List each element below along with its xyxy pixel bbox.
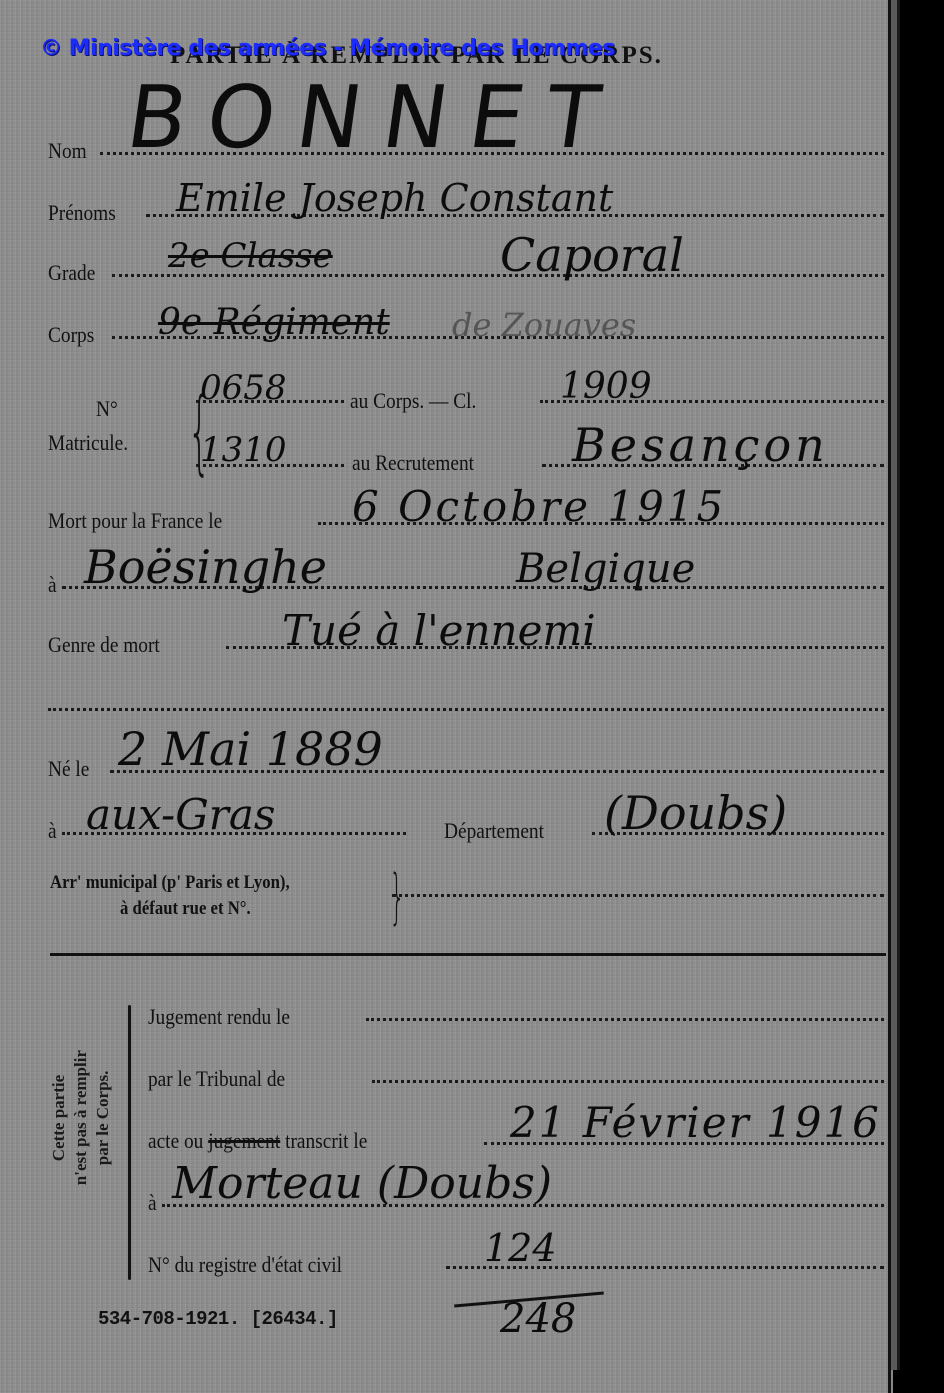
lieu-transcrit-value: Morteau (Doubs) — [172, 1158, 552, 1209]
side-note: Cette partie n'est pas à remplir par le … — [48, 1050, 114, 1185]
corps-value: de Zouaves — [452, 306, 636, 344]
mort-label: Mort pour la France le — [48, 508, 222, 534]
lieu-mort-place: Boësinghe — [84, 540, 327, 594]
lieu-transcrit-label: à — [148, 1190, 157, 1216]
recrutement-label: au Recrutement — [352, 450, 474, 476]
grade-struck-value: 2e Classe — [168, 236, 333, 276]
au-corps-value: 0658 — [200, 368, 287, 408]
side-note-line3: par le Corps. — [93, 1070, 112, 1165]
genre-mort-label: Genre de mort — [48, 632, 160, 658]
corps-label: Corps — [48, 322, 94, 348]
genre-mort-value: Tué à l'ennemi — [282, 606, 596, 655]
transcrit-value: 21 Février 1916 — [510, 1098, 881, 1147]
jugement-rendu-line — [366, 1018, 884, 1021]
side-note-line2: n'est pas à remplir — [71, 1050, 90, 1185]
grade-label: Grade — [48, 260, 95, 286]
transcrit-label-struck: jugement — [208, 1128, 280, 1153]
print-reference: 534-708-1921. [26434.] — [98, 1308, 338, 1330]
arrondissement-label-line2: à défaut rue et N°. — [120, 898, 251, 920]
transcrit-label-suffix: transcrit le — [285, 1128, 367, 1153]
death-record-card: © Ministère des armées - Mémoire des Hom… — [0, 0, 893, 1393]
jugement-rendu-label: Jugement rendu le — [148, 1004, 290, 1030]
arrondissement-brace: } — [389, 862, 404, 932]
copyright-watermark: © Ministère des armées - Mémoire des Hom… — [40, 36, 615, 61]
tribunal-label: par le Tribunal de — [148, 1066, 285, 1092]
recrutement-value: 1310 — [200, 430, 287, 470]
lieu-naissance-label: à — [48, 818, 57, 844]
departement-value: (Doubs) — [604, 786, 787, 840]
nom-value: BONNET — [121, 68, 628, 168]
prenoms-value: Emile Joseph Constant — [176, 176, 613, 220]
blank-line — [48, 708, 884, 711]
transcrit-label-prefix: acte ou — [148, 1128, 203, 1153]
section-divider — [50, 953, 886, 956]
recrutement-place: Besançon — [572, 418, 829, 472]
lieu-naissance-value: aux-Gras — [86, 790, 275, 839]
corps-struck-value: 9e Régiment — [158, 302, 390, 343]
registre-value: 124 — [484, 1226, 557, 1270]
footer-annotation: 248 — [500, 1296, 576, 1342]
classe-value: 1909 — [560, 366, 652, 407]
nom-label: Nom — [48, 138, 87, 164]
au-corps-label: au Corps. — Cl. — [350, 388, 476, 414]
mort-value: 6 Octobre 1915 — [352, 482, 726, 531]
prenoms-label: Prénoms — [48, 200, 116, 226]
side-bracket — [128, 1005, 131, 1280]
tribunal-line — [372, 1080, 884, 1083]
transcrit-label: acte ou jugement transcrit le — [148, 1128, 367, 1154]
matricule-label-line2: Matricule. — [48, 430, 128, 456]
lieu-mort-country: Belgique — [516, 546, 695, 592]
grade-value: Caporal — [500, 228, 684, 282]
arrondissement-line — [392, 894, 884, 897]
matricule-label-line1: N° — [96, 396, 118, 422]
lieu-mort-label: à — [48, 572, 57, 598]
arrondissement-label-line1: Arr' municipal (p' Paris et Lyon), — [50, 872, 290, 894]
side-note-line1: Cette partie — [49, 1074, 68, 1160]
departement-label: Département — [444, 818, 544, 844]
card-border-outer — [897, 0, 900, 1370]
naissance-value: 2 Mai 1889 — [118, 722, 383, 776]
naissance-label: Né le — [48, 756, 89, 782]
registre-label: N° du registre d'état civil — [148, 1252, 342, 1278]
